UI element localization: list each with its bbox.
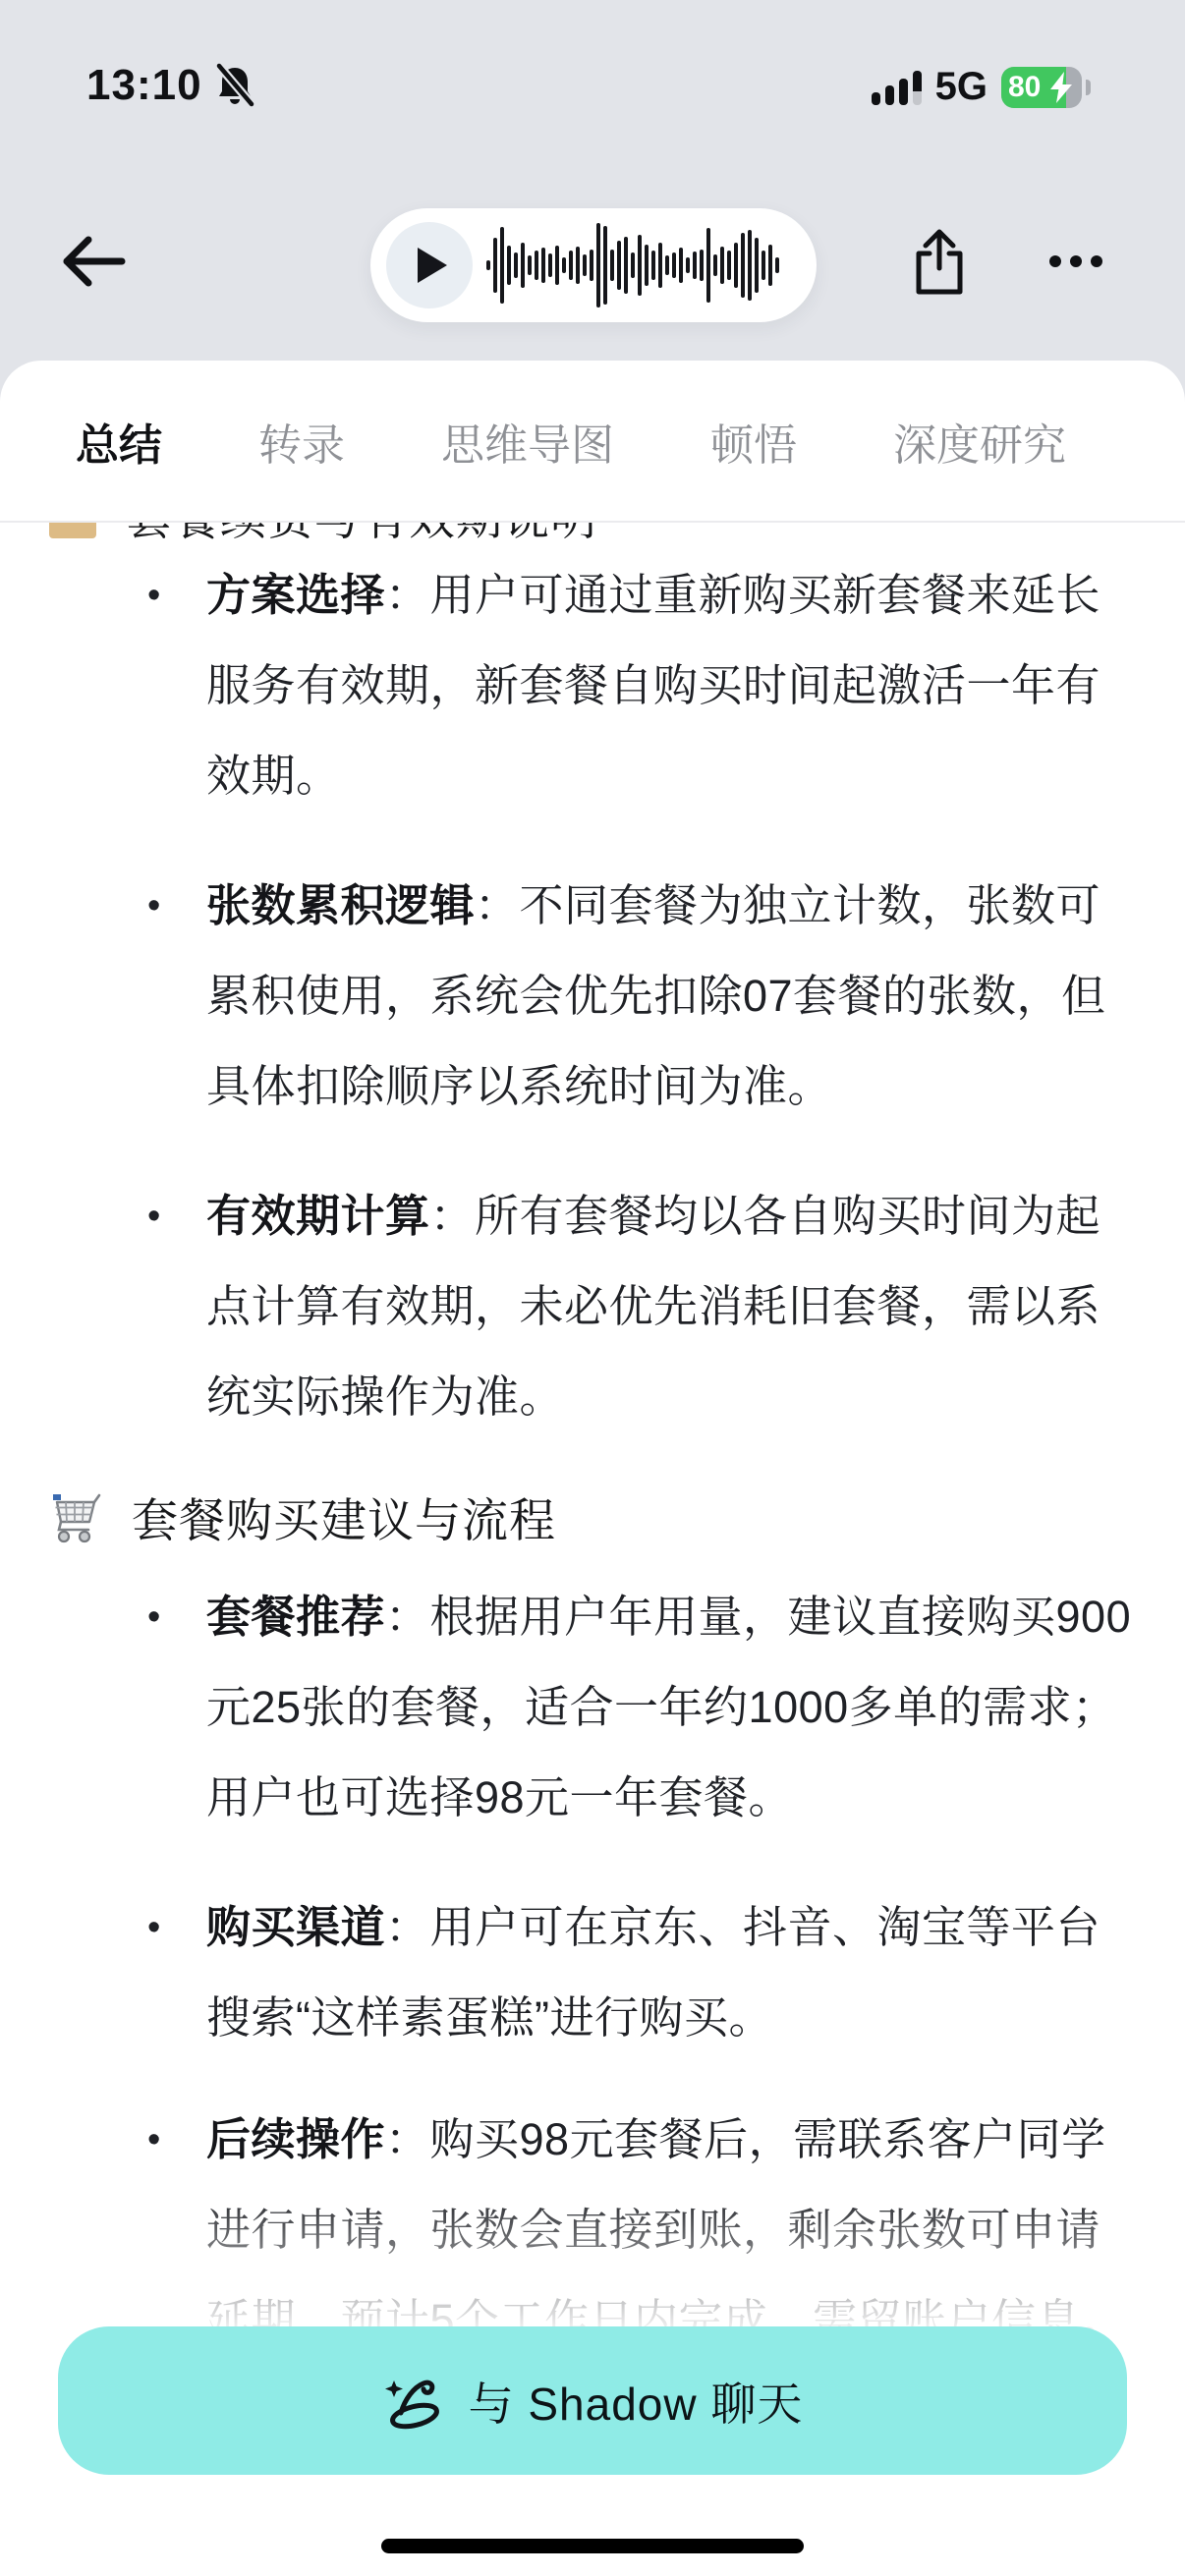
status-bar: 13:10 5G 80 xyxy=(0,0,1185,138)
bullet-label: 购买渠道 xyxy=(206,1902,385,1952)
content-card: 总结 转录 思维导图 顿悟 深度研究 套餐续费与有效期说明 • 方案选择：用户可… xyxy=(0,361,1185,2576)
section-heading-renewal: 套餐续费与有效期说明 xyxy=(49,523,1185,550)
play-button[interactable] xyxy=(386,222,473,308)
wizard-hat-icon xyxy=(382,2369,447,2434)
charging-bolt-icon xyxy=(1050,72,1072,108)
list-item: • 有效期计算：所有套餐均以各自购买时间为起点计算有效期，未必优先消耗旧套餐，需… xyxy=(147,1171,1135,1442)
waveform[interactable] xyxy=(486,220,779,310)
audio-player-pill[interactable] xyxy=(370,208,817,322)
home-indicator[interactable] xyxy=(381,2539,804,2553)
section-heading-text: 套餐购买建议与流程 xyxy=(132,1484,556,1550)
summary-content: 套餐续费与有效期说明 • 方案选择：用户可通过重新购买新套餐来延长服务有效期，新… xyxy=(0,523,1185,2576)
shopping-cart-icon xyxy=(49,1488,102,1545)
bullet-marker: • xyxy=(147,1572,206,1843)
clock: 13:10 xyxy=(86,61,202,110)
bullet-marker: • xyxy=(147,1882,206,2063)
chat-button-label: 与 Shadow 聊天 xyxy=(469,2369,804,2434)
phone-screen: 13:10 5G 80 xyxy=(0,0,1185,2576)
tab-transcript[interactable]: 转录 xyxy=(258,410,345,473)
notebook-icon xyxy=(49,523,96,538)
section-heading-text: 套餐续费与有效期说明 xyxy=(126,523,597,548)
list-item: • 购买渠道：用户可在京东、抖音、淘宝等平台搜索“这样素蛋糕”进行购买。 xyxy=(147,1882,1135,2063)
more-options-button[interactable] xyxy=(1034,232,1118,291)
list-item: • 套餐推荐：根据用户年用量，建议直接购买900元25张的套餐，适合一年约100… xyxy=(147,1572,1135,1843)
battery-percent: 80 xyxy=(1008,71,1041,104)
back-button[interactable] xyxy=(55,228,134,295)
tab-summary[interactable]: 总结 xyxy=(76,410,162,473)
bullet-label: 方案选择 xyxy=(206,570,385,620)
cellular-signal-icon xyxy=(872,70,922,105)
share-button[interactable] xyxy=(902,218,977,307)
list-item: • 后续操作：购买98元套餐后，需联系客户同学进行申请，张数会直接到账，剩余张数… xyxy=(147,2095,1135,2366)
network-type-label: 5G xyxy=(935,65,987,109)
bullet-label: 套餐推荐 xyxy=(206,1592,385,1642)
bullet-marker: • xyxy=(147,1171,206,1442)
nav-bar xyxy=(0,196,1185,354)
chat-with-shadow-button[interactable]: 与 Shadow 聊天 xyxy=(58,2326,1127,2475)
mute-bell-icon xyxy=(212,62,257,109)
tab-deep-research[interactable]: 深度研究 xyxy=(893,410,1066,473)
bullet-label: 有效期计算 xyxy=(206,1191,430,1241)
bullet-marker: • xyxy=(147,550,206,821)
tab-insight[interactable]: 顿悟 xyxy=(710,410,797,473)
bullet-marker: • xyxy=(147,861,206,1132)
list-item: • 张数累积逻辑：不同套餐为独立计数，张数可累积使用，系统会优先扣除07套餐的张… xyxy=(147,861,1135,1132)
bullet-label: 后续操作 xyxy=(206,2114,385,2164)
tab-mindmap[interactable]: 思维导图 xyxy=(441,410,614,473)
bullet-marker: • xyxy=(147,2095,206,2366)
tab-bar: 总结 转录 思维导图 顿悟 深度研究 xyxy=(0,361,1185,523)
battery-icon: 80 xyxy=(1001,67,1082,108)
section-heading-purchase: 套餐购买建议与流程 xyxy=(49,1482,1185,1552)
list-item: • 方案选择：用户可通过重新购买新套餐来延长服务有效期，新套餐自购买时间起激活一… xyxy=(147,550,1135,821)
bullet-label: 张数累积逻辑 xyxy=(206,880,475,930)
battery-cap xyxy=(1086,80,1091,95)
